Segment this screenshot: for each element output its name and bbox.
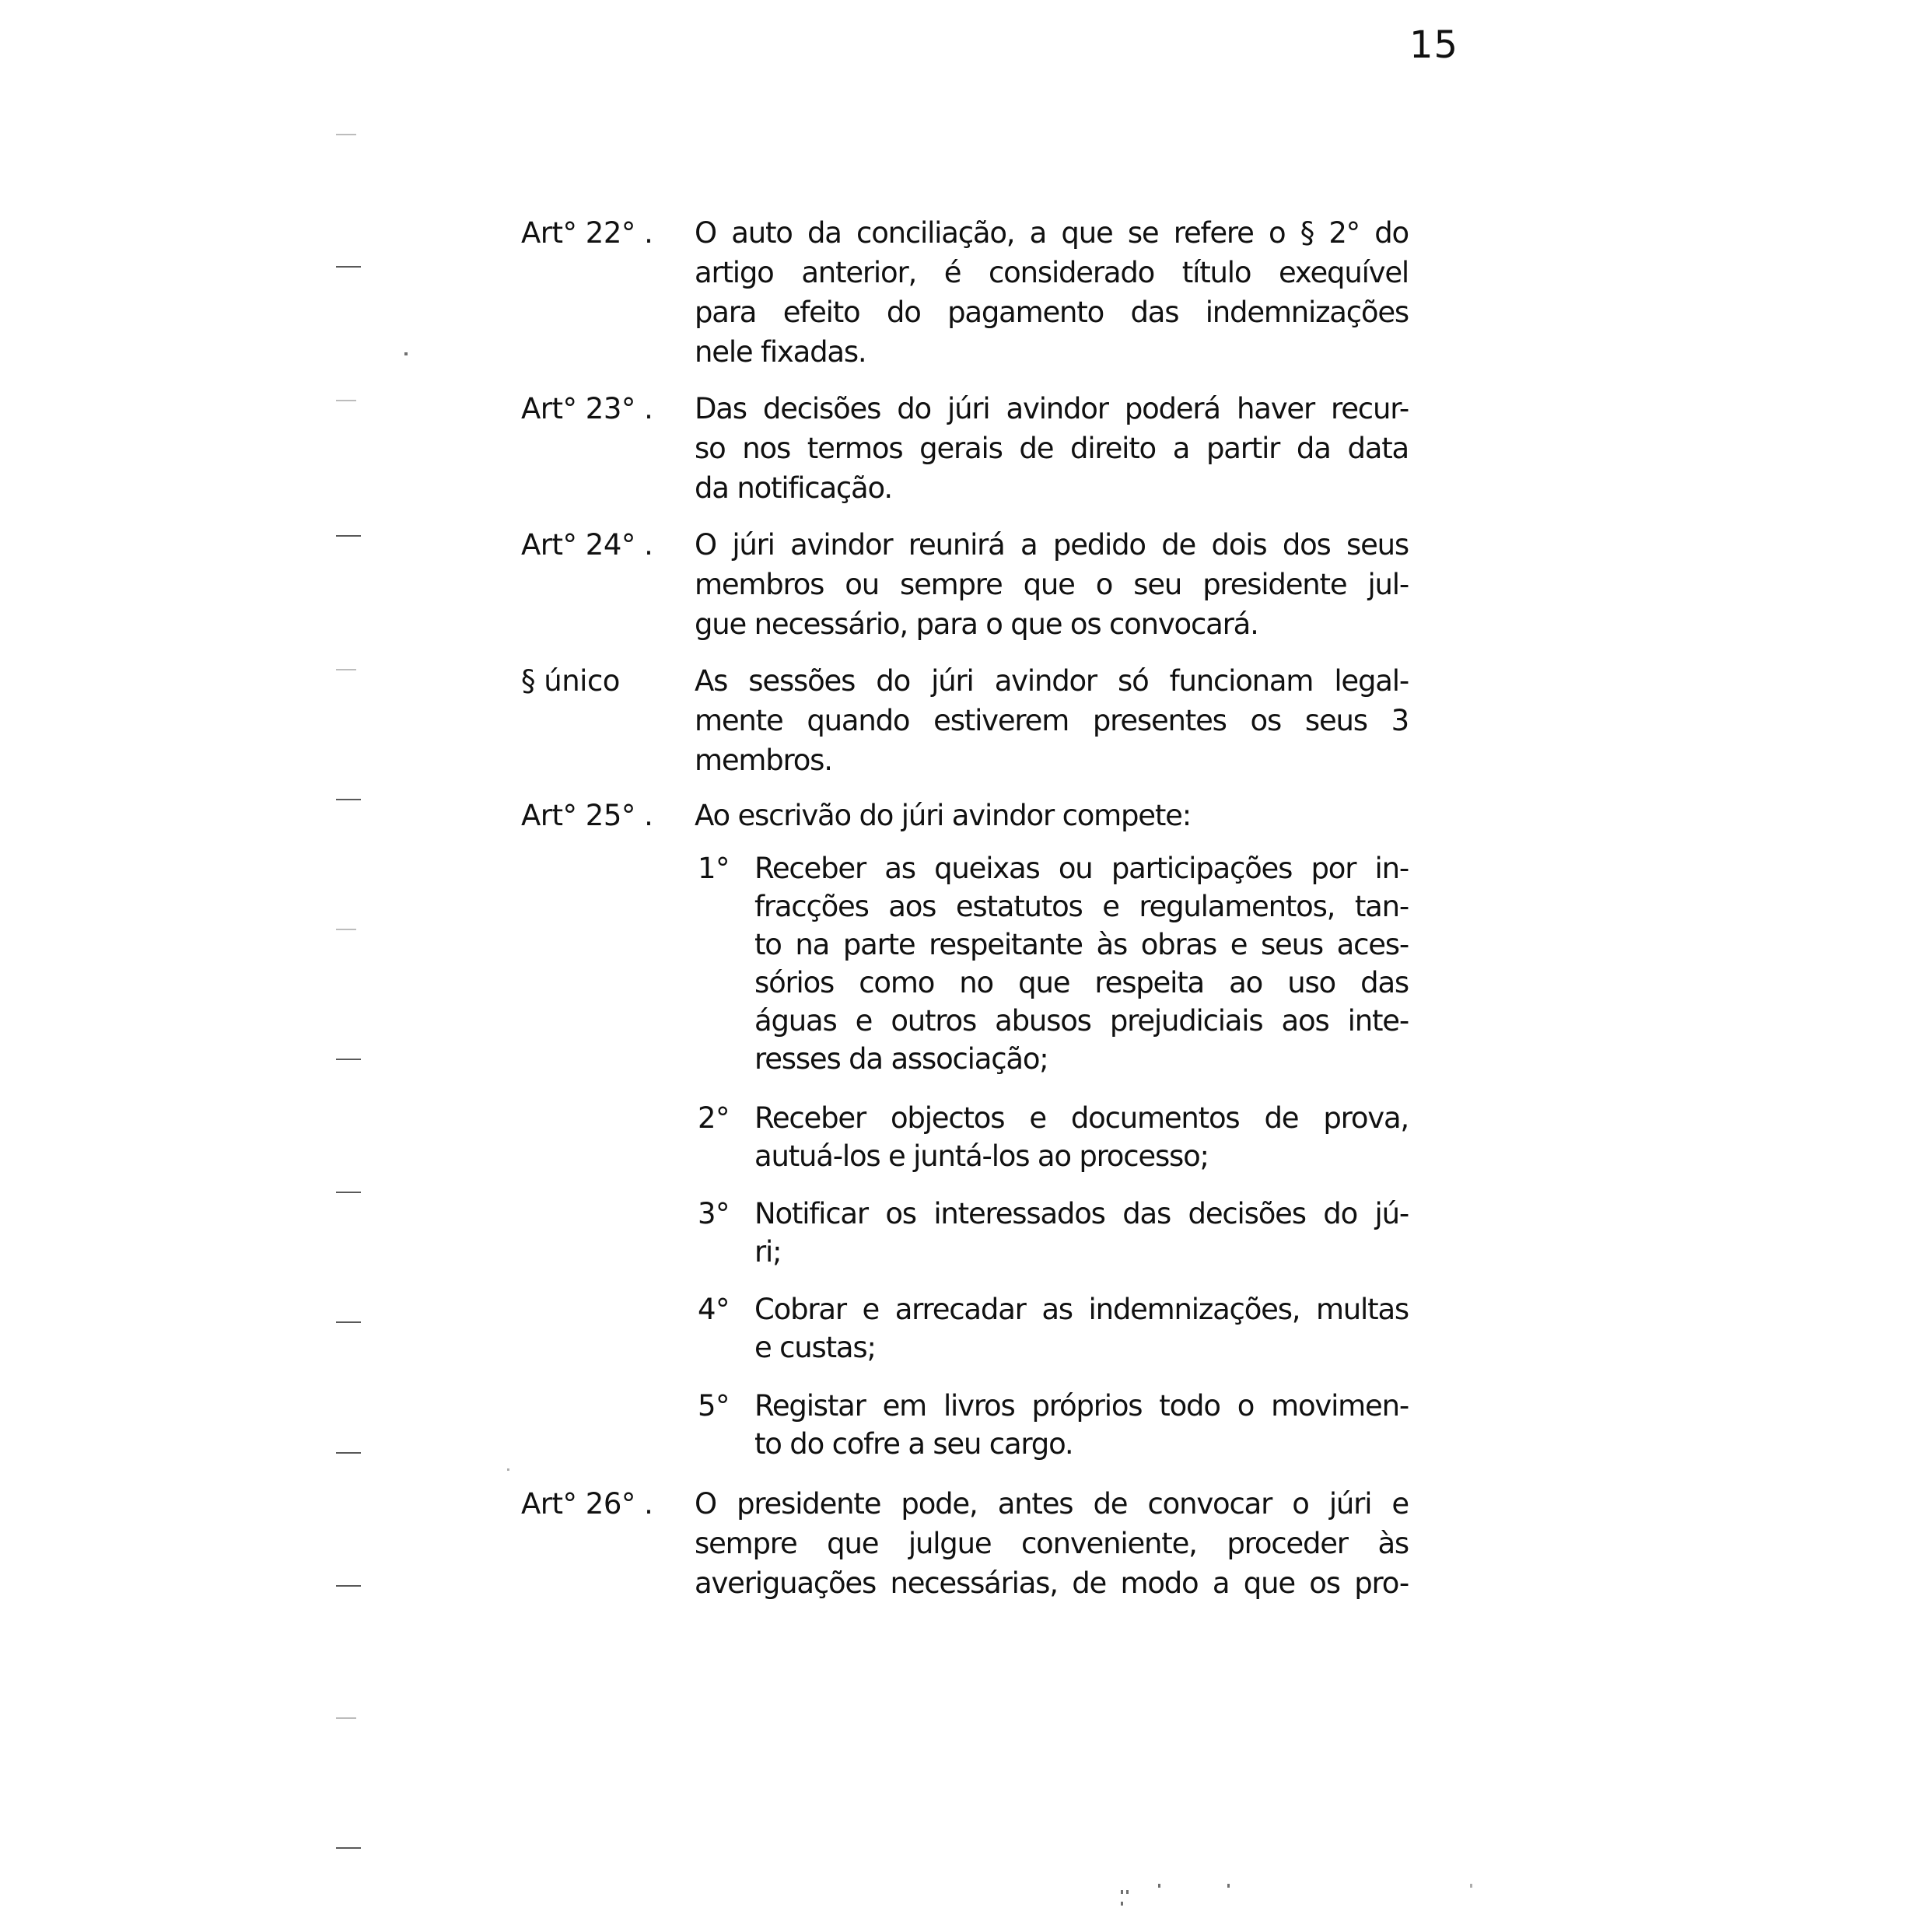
text-line: O auto da conciliação, a que se refere o…	[695, 213, 1409, 253]
margin-dash	[336, 134, 356, 135]
article-text: Ao escrivão do júri avindor compete:	[695, 796, 1409, 835]
page-number: 15	[1409, 26, 1458, 64]
margin-dash	[336, 535, 361, 537]
text-line: to do cofre a seu cargo.	[754, 1425, 1409, 1463]
text-line: águas e outros abusos prejudiciais aos i…	[754, 1002, 1409, 1040]
scan-speck	[1227, 1884, 1230, 1888]
text-line: mente quando estiverem presentes os seus…	[695, 701, 1409, 740]
text-line: para efeito do pagamento das indemnizaçõ…	[695, 292, 1409, 332]
margin-dash	[336, 799, 361, 800]
text-line: to na parte respeitante às obras e seus …	[754, 926, 1409, 964]
text-line: O presidente pode, antes de convocar o j…	[695, 1484, 1409, 1524]
text-line: resses da associação;	[754, 1040, 1409, 1078]
text-line: Notificar os interessados das decisões d…	[754, 1195, 1409, 1233]
item-text: Receber objectos e documentos de prova, …	[754, 1099, 1409, 1175]
article-label: Art° 25° .	[521, 796, 653, 835]
article-text: Das decisões do júri avindor poderá have…	[695, 389, 1409, 508]
margin-dash	[336, 1585, 361, 1587]
text-line: fracções aos estatutos e regulamentos, t…	[754, 887, 1409, 926]
article-text: O presidente pode, antes de convocar o j…	[695, 1484, 1409, 1603]
text-line: As sessões do júri avindor só funcionam …	[695, 661, 1409, 701]
text-line: Receber as queixas ou participações por …	[754, 849, 1409, 887]
text-line: Receber objectos e documentos de prova,	[754, 1099, 1409, 1137]
text-line: membros ou sempre que o seu presidente j…	[695, 565, 1409, 604]
scan-speck	[1121, 1890, 1123, 1894]
item-number: 4°	[698, 1290, 730, 1328]
text-line: Cobrar e arrecadar as indemnizações, mul…	[754, 1290, 1409, 1328]
margin-dash	[336, 1321, 361, 1323]
article-text: O auto da conciliação, a que se refere o…	[695, 213, 1409, 372]
text-line: autuá-los e juntá-los ao processo;	[754, 1137, 1409, 1175]
text-line: sórios como no que respeita ao uso das	[754, 964, 1409, 1002]
text-line: O júri avindor reunirá a pedido de dois …	[695, 525, 1409, 565]
margin-dash	[336, 1717, 356, 1719]
item-number: 2°	[698, 1099, 730, 1137]
item-text: Registar em livros próprios todo o movim…	[754, 1387, 1409, 1463]
article-label: Art° 26° .	[521, 1484, 653, 1524]
article-text: O júri avindor reunirá a pedido de dois …	[695, 525, 1409, 644]
scan-speck	[1470, 1884, 1472, 1888]
article-label: § único	[521, 661, 620, 701]
item-text: Notificar os interessados das decisões d…	[754, 1195, 1409, 1271]
item-number: 3°	[698, 1195, 730, 1233]
text-line: membros.	[695, 740, 1409, 780]
margin-dash	[336, 266, 361, 268]
text-line: so nos termos gerais de direito a partir…	[695, 429, 1409, 468]
text-line: nele fixadas.	[695, 332, 1409, 372]
item-text: Receber as queixas ou participações por …	[754, 849, 1409, 1078]
article-label: Art° 23° .	[521, 389, 653, 429]
text-line: sempre que julgue conveniente, proceder …	[695, 1524, 1409, 1563]
text-line: gue necessário, para o que os convocará.	[695, 604, 1409, 644]
margin-dash	[336, 1192, 361, 1193]
margin-dash	[336, 929, 356, 930]
text-line: artigo anterior, é considerado título ex…	[695, 253, 1409, 292]
margin-dash	[336, 400, 356, 401]
article-label: Art° 22° .	[521, 213, 653, 253]
text-line: Registar em livros próprios todo o movim…	[754, 1387, 1409, 1425]
scan-speck	[507, 1468, 509, 1471]
text-line: averiguações necessárias, de modo a que …	[695, 1563, 1409, 1603]
article-label: Art° 24° .	[521, 525, 653, 565]
margin-dash	[336, 669, 356, 670]
item-text: Cobrar e arrecadar as indemnizações, mul…	[754, 1290, 1409, 1367]
item-number: 1°	[698, 849, 730, 887]
text-line: e custas;	[754, 1328, 1409, 1367]
item-number: 5°	[698, 1387, 730, 1425]
article-text: As sessões do júri avindor só funcionam …	[695, 661, 1409, 780]
scan-speck	[404, 352, 408, 355]
margin-dash	[336, 1059, 361, 1060]
text-line: da notificação.	[695, 468, 1409, 508]
text-line: ri;	[754, 1233, 1409, 1271]
text-line: Das decisões do júri avindor poderá have…	[695, 389, 1409, 429]
text-line: Ao escrivão do júri avindor compete:	[695, 796, 1409, 835]
scan-speck	[1126, 1890, 1129, 1894]
scan-speck	[1121, 1902, 1123, 1906]
margin-dash	[336, 1452, 361, 1454]
margin-dash	[336, 1847, 361, 1849]
scan-speck	[1158, 1884, 1160, 1888]
